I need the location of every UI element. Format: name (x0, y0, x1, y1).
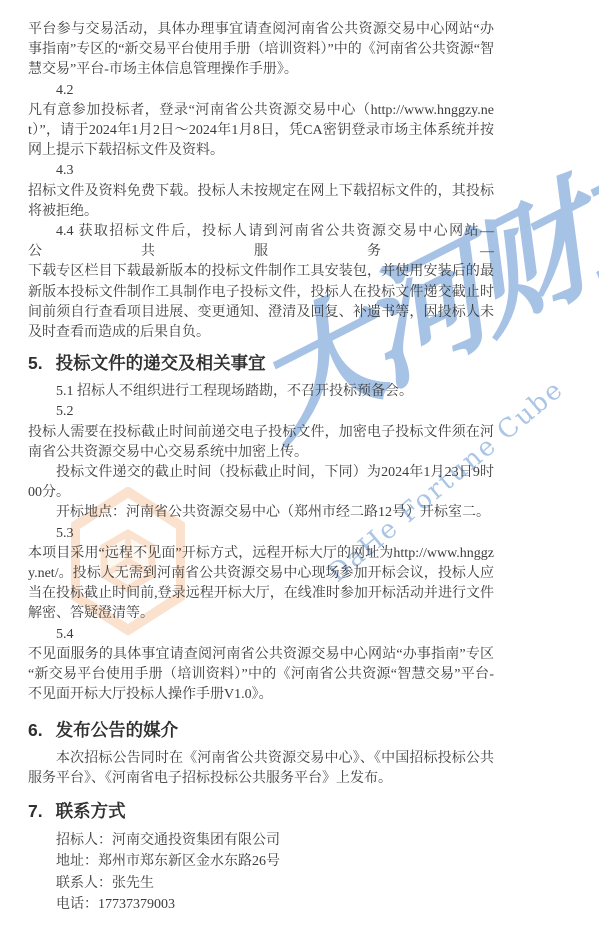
contact-phone: 电话：17737379003 (28, 894, 494, 916)
section-7-number: 7. (28, 800, 43, 822)
document-body: 平台参与交易活动，具体办理事宜请查阅河南省公共资源交易中心网站“办事指南”专区的… (28, 20, 494, 916)
paragraph-5-1: 5.1 招标人不组织进行工程现场踏勘，不召开投标预备会。 (28, 382, 494, 402)
paragraph-5-4: 不见面服务的具体事宜请查阅河南省公共资源交易中心网站“办事指南”专区“新交易平台… (28, 645, 494, 706)
clause-4-2-label: 4.2 (28, 81, 494, 101)
section-7-title: 联系方式 (56, 800, 126, 822)
contact-bidder: 招标人：河南交通投资集团有限公司 (28, 830, 494, 852)
paragraph-4-4-line1: 4.4 获取招标文件后，投标人请到河南省公共资源交易中心网站— (28, 222, 494, 242)
section-5-number: 5. (28, 352, 43, 374)
contact-address: 地址：郑州市郑东新区金水东路26号 (28, 851, 494, 873)
paragraph-4-2: 凡有意参加投标者，登录“河南省公共资源交易中心（http://www.hnggz… (28, 101, 494, 162)
paragraph-4-3: 招标文件及资料免费下载。投标人未按规定在网上下载招标文件的，其投标将被拒绝。 (28, 182, 494, 222)
paragraph-intro: 平台参与交易活动，具体办理事宜请查阅河南省公共资源交易中心网站“办事指南”专区的… (28, 20, 494, 81)
paragraph-media: 本次招标公告同时在《河南省公共资源交易中心》、《中国招标投标公共服务平台》、《河… (28, 749, 494, 789)
clause-5-2-label: 5.2 (28, 402, 494, 422)
paragraph-4-4-line2: 公共服务— (28, 242, 494, 262)
contact-person: 联系人：张先生 (28, 873, 494, 895)
paragraph-4-4-rest: 下载专区栏目下载最新版本的投标文件制作工具安装包，并使用安装后的最新版本投标文件… (28, 262, 494, 343)
section-5-title: 投标文件的递交及相关事宜 (56, 352, 266, 374)
section-7-heading: 7. 联系方式 (28, 800, 494, 822)
contact-block: 招标人：河南交通投资集团有限公司 地址：郑州市郑东新区金水东路26号 联系人：张… (28, 830, 494, 916)
paragraph-bid-deadline: 投标文件递交的截止时间（投标截止时间，下同）为2024年1月23日9时00分。 (28, 463, 494, 503)
clause-5-3-label: 5.3 (28, 524, 494, 544)
paragraph-5-2: 投标人需要在投标截止时间前递交电子投标文件，加密电子投标文件须在河南省公共资源交… (28, 423, 494, 463)
paragraph-5-3: 本项目采用“远程不见面”开标方式，远程开标大厅的网址为http://www.hn… (28, 544, 494, 625)
section-6-title: 发布公告的媒介 (56, 719, 179, 741)
section-6-number: 6. (28, 719, 43, 741)
document-page: { "page": { "bg": "#ffffff", "text_color… (0, 0, 599, 934)
section-5-heading: 5. 投标文件的递交及相关事宜 (28, 352, 494, 374)
section-6-heading: 6. 发布公告的媒介 (28, 719, 494, 741)
paragraph-opening-venue: 开标地点：河南省公共资源交易中心（郑州市经二路12号）开标室二。 (28, 503, 494, 523)
clause-5-4-label: 5.4 (28, 625, 494, 645)
clause-4-3-label: 4.3 (28, 161, 494, 181)
